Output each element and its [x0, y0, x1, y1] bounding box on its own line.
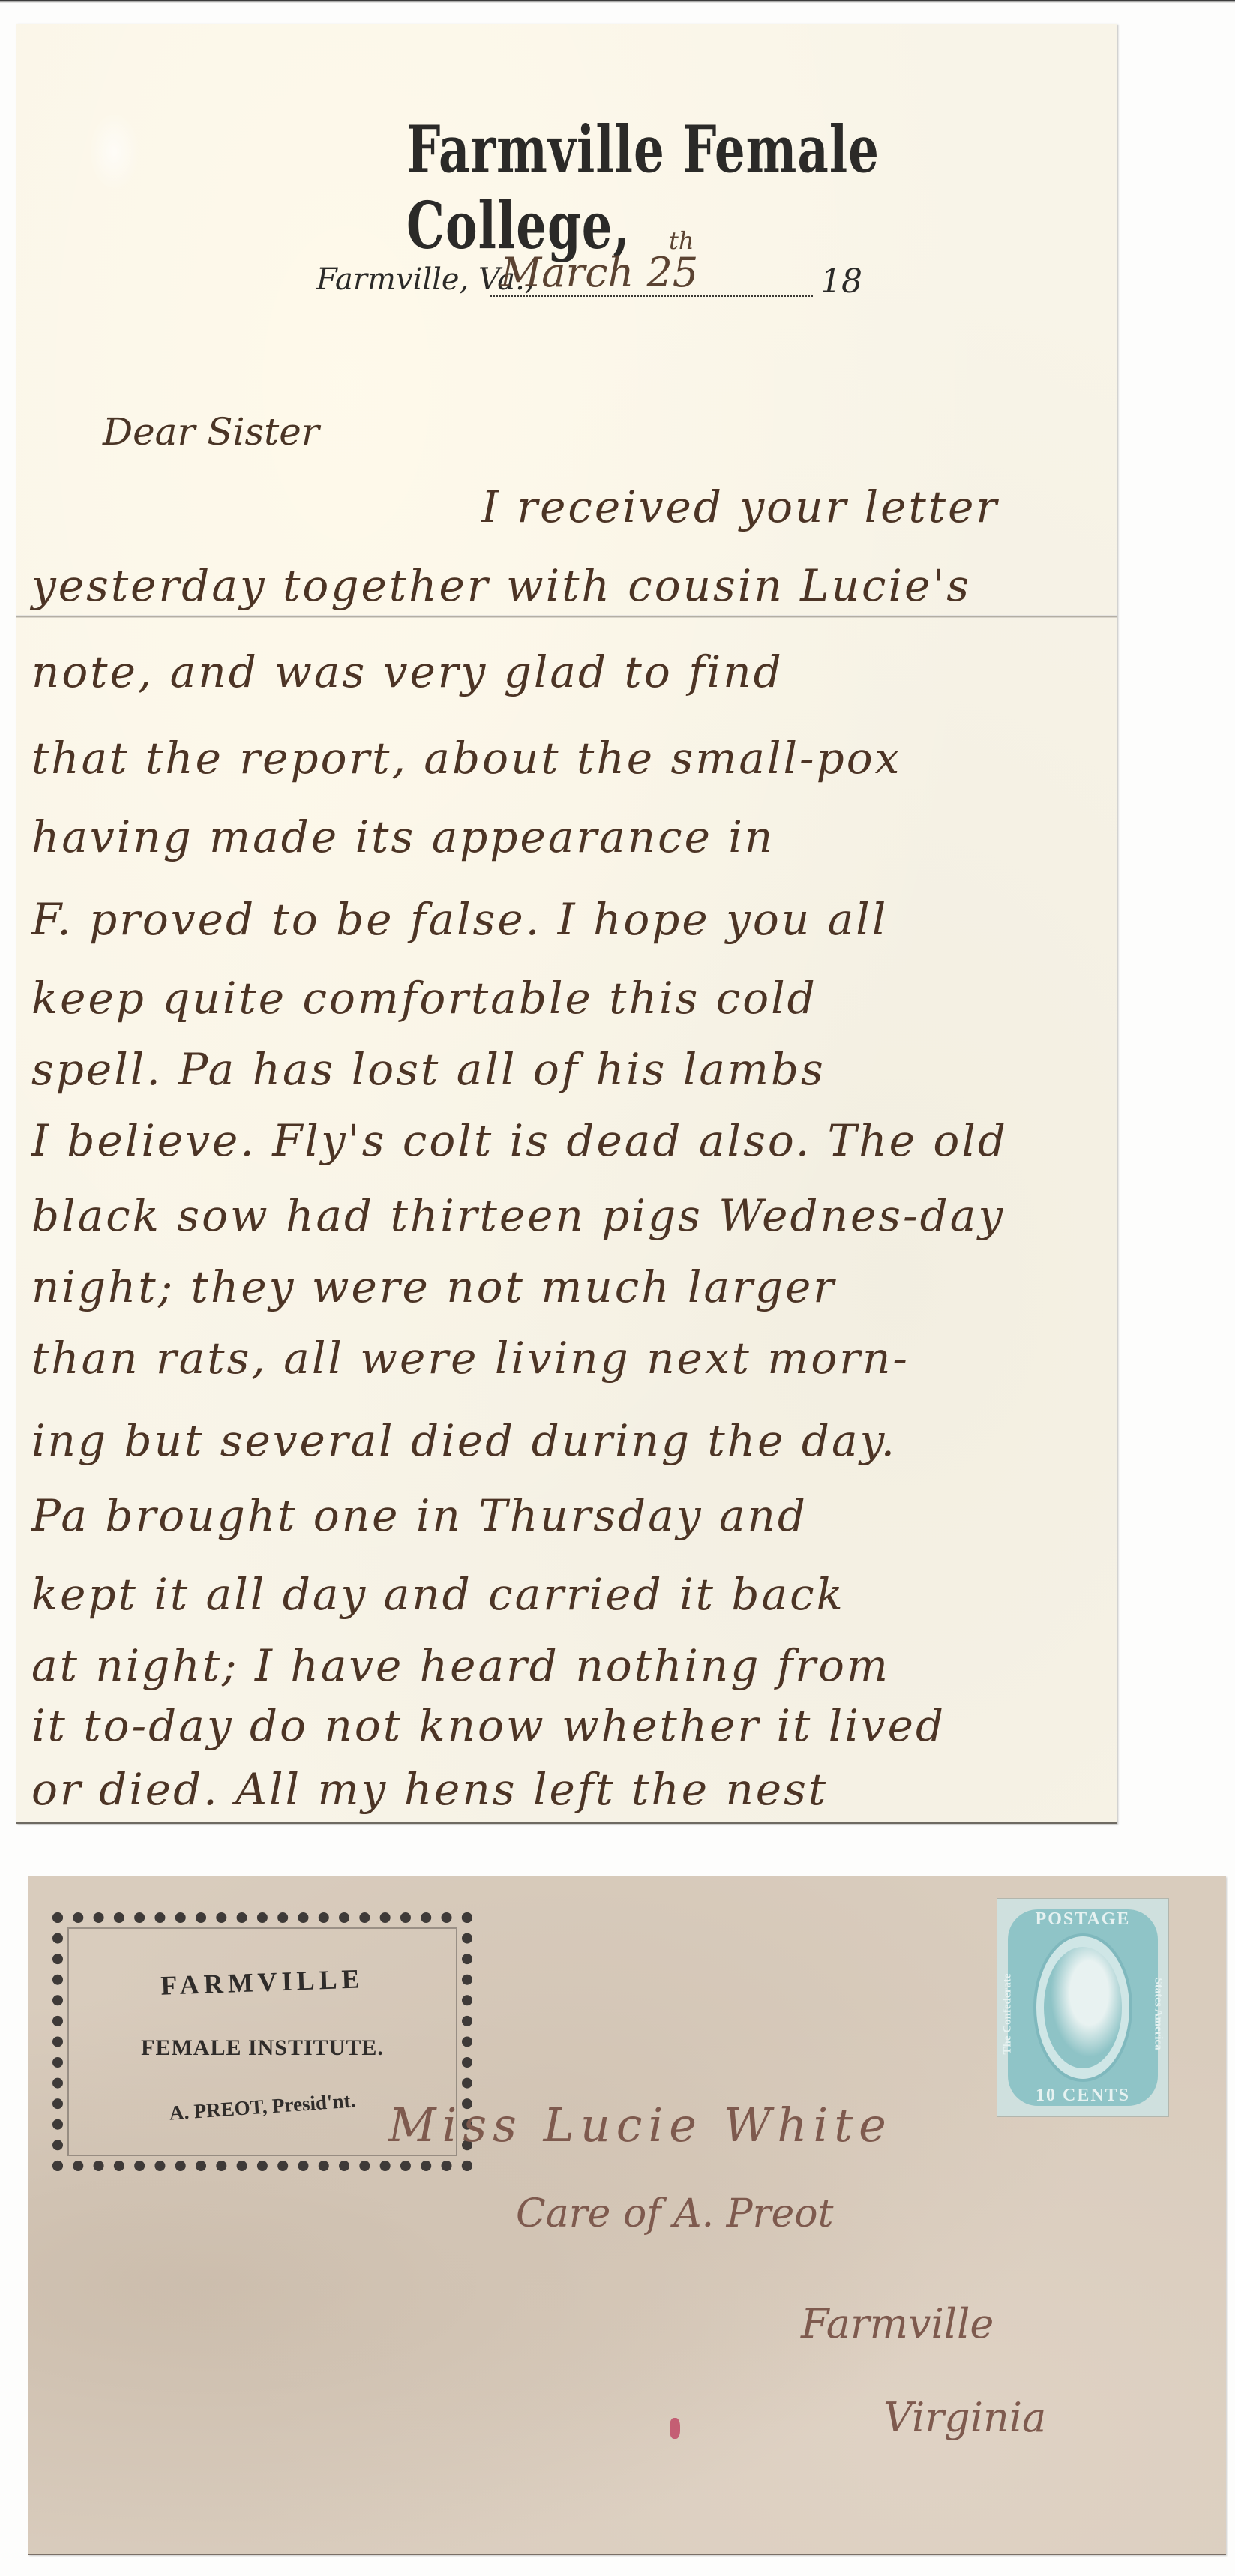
dateline: Farmville, Va., March 25 th 18 — [316, 249, 991, 301]
portrait-icon — [1044, 1947, 1122, 2068]
stamp-right-text: States America — [1152, 1947, 1165, 2082]
stamp-top-text: POSTAGE — [997, 1909, 1168, 1930]
letter-line: that the report, about the small-pox — [31, 733, 901, 784]
letter-line: Pa brought one in Thursday and — [31, 1490, 808, 1541]
letter-line: keep quite comfortable this cold — [31, 973, 817, 1024]
dateline-year: 18 — [820, 262, 862, 301]
letter-line: kept it all day and carried it back — [31, 1569, 845, 1620]
letter-line: night; they were not much larger — [31, 1261, 836, 1312]
letter-line: than rats, all were living next morn- — [31, 1333, 910, 1384]
address-recipient: Miss Lucie White — [388, 2098, 892, 2152]
ink-stain — [670, 2418, 680, 2439]
dateline-handwritten-date: March 25 — [500, 249, 698, 296]
embossed-seal — [88, 110, 140, 193]
letter-line: yesterday together with cousin Lucie's — [31, 560, 971, 611]
corner-card-line-1: FARMVILLE — [62, 1960, 462, 2005]
letter-line: black sow had thirteen pigs Wednes-day — [31, 1190, 1005, 1241]
letter-line: having made its appearance in — [31, 811, 775, 862]
letter-line: F. proved to be false. I hope you all — [31, 894, 888, 945]
stamp-bottom-text: 10 CENTS — [997, 2086, 1168, 2106]
letter-line: it to-day do not know whether it lived — [31, 1700, 946, 1751]
letter-line: note, and was very glad to find — [31, 646, 784, 697]
letter-page: Farmville Female College, Farmville, Va.… — [16, 24, 1117, 1824]
letter-line: ing but several died during the day. — [31, 1415, 897, 1466]
address-state: Virginia — [883, 2394, 1046, 2441]
paper-fold-line — [16, 615, 1117, 618]
envelope: FARMVILLE FEMALE INSTITUTE. A. PREOT, Pr… — [28, 1876, 1226, 2555]
letter-line: I believe. Fly's colt is dead also. The … — [31, 1115, 1008, 1166]
letter-line: spell. Pa has lost all of his lambs — [31, 1044, 826, 1095]
corner-card-line-2: FEMALE INSTITUTE. — [63, 2035, 462, 2061]
letter-line: at night; I have heard nothing from — [31, 1640, 890, 1691]
address-city: Farmville — [801, 2300, 994, 2347]
letter-line: or died. All my hens left the nest — [31, 1764, 828, 1815]
postage-stamp: POSTAGE The Confederate States America 1… — [997, 1899, 1168, 2116]
dateline-date-suffix: th — [669, 226, 694, 255]
letterhead-title: Farmville Female College, — [406, 112, 1117, 265]
salutation: Dear Sister — [103, 410, 319, 454]
stamp-left-text: The Confederate — [1002, 1947, 1015, 2082]
address-care-of: Care of A. Preot — [516, 2191, 833, 2236]
scan-edge — [0, 0, 1235, 3]
letter-line: I received your letter — [481, 481, 999, 532]
